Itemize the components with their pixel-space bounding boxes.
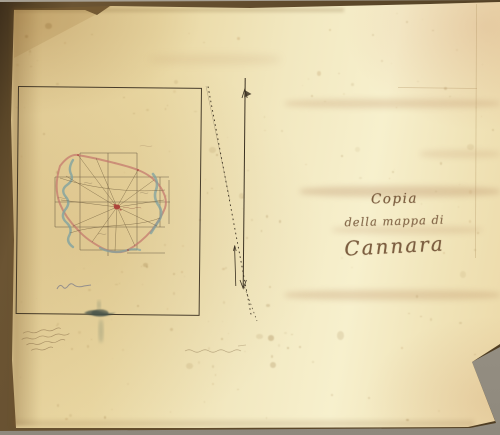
dotted-construction-lines <box>206 86 257 321</box>
scanned-map-page: Copia della mappa di Cannara <box>0 0 500 435</box>
meridian-line <box>233 78 251 289</box>
bottom-left-note-squiggles <box>21 327 71 353</box>
title-line-della-mappa: della mappa di <box>322 212 467 230</box>
scale-note-squiggle <box>185 345 246 352</box>
map-title: Copia della mappa di Cannara <box>322 191 467 258</box>
title-line-cannara: Cannara <box>321 230 467 262</box>
ink-blot <box>84 300 116 343</box>
title-line-copia: Copia <box>322 190 467 209</box>
blue-ink-scribble <box>57 284 91 289</box>
